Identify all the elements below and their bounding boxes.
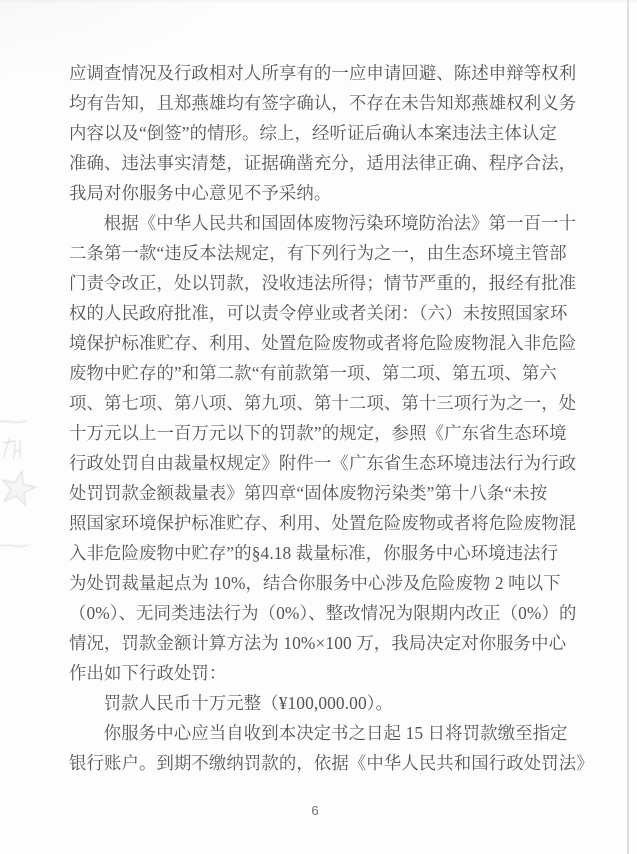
text-line: 十万元以上一百万元以下的罚款”的规定，参照《广东省生态环境 [69, 418, 577, 448]
text-line: 权的人民政府批准，可以责令停业或者关闭：（六）未按照国家环 [69, 298, 577, 328]
paragraph: 应调查情况及行政相对人所享有的一应申请回避、陈述申辩等权利均有告知，且郑燕雄均有… [69, 58, 577, 208]
text-line: 罚款人民币十万元整（¥100,000.00）。 [69, 688, 577, 718]
text-line: 二条第一款“违反本法规定，有下列行为之一，由生态环境主管部 [69, 238, 577, 268]
text-line: 为处罚裁量起点为 10%，结合你服务中心涉及危险废物 2 吨以下 [69, 568, 577, 598]
text-line: 内容以及“倒签”的情形。综上，经听证后确认本案违法主体认定 [69, 118, 577, 148]
document-body: 应调查情况及行政相对人所享有的一应申请回避、陈述申辩等权利均有告知，且郑燕雄均有… [69, 58, 577, 778]
text-line: 应调查情况及行政相对人所享有的一应申请回避、陈述申辩等权利 [69, 58, 577, 88]
text-line: 准确、违法事实清楚，证据确凿充分，适用法律正确、程序合法， [69, 148, 577, 178]
paragraph: 罚款人民币十万元整（¥100,000.00）。 [69, 688, 577, 718]
text-line: 境保护标准贮存、利用、处置危险废物或者将危险废物混入非危险 [69, 328, 577, 358]
paragraph: 根据《中华人民共和国固体废物污染环境防治法》第一百一十二条第一款“违反本法规定，… [69, 208, 577, 688]
text-line: 门责令改正，处以罚款，没收违法所得；情节严重的，报经有批准 [69, 268, 577, 298]
text-line: 作出如下行政处罚： [69, 658, 577, 688]
page-number: 6 [0, 803, 630, 818]
text-line: 入非危险废物中贮存”的§4.18 裁量标准，你服务中心环境违法行 [69, 538, 577, 568]
paragraph: 你服务中心应当自收到本决定书之日起 15 日将罚款缴至指定银行账户。到期不缴纳罚… [69, 718, 577, 778]
seal-character-fragment [3, 439, 20, 459]
scanned-document-page: 应调查情况及行政相对人所享有的一应申请回避、陈述申辩等权利均有告知，且郑燕雄均有… [0, 0, 637, 854]
text-line: 根据《中华人民共和国固体废物污染环境防治法》第一百一十 [69, 208, 577, 238]
text-line: 行政处罚自由裁量权规定》附件一《广东省生态环境违法行为行政 [69, 448, 577, 478]
text-line: 项、第七项、第八项、第九项、第十二项、第十三项行为之一，处 [69, 388, 577, 418]
scan-edge-line [627, 0, 629, 854]
seal-arc-fragment-top [0, 421, 26, 422]
text-line: 情况，罚款金额计算方法为 10%×100 万，我局决定对你服务中心 [69, 628, 577, 658]
text-line: 银行账户。到期不缴纳罚款的，依据《中华人民共和国行政处罚法》 [69, 748, 577, 778]
text-line: 我局对你服务中心意见不予采纳。 [69, 178, 577, 208]
text-line: 均有告知，且郑燕雄均有签字确认，不存在未告知郑燕雄权利义务 [69, 88, 577, 118]
text-line: 处罚罚款金额裁量表》第四章“固体废物污染类”第十八条“未按 [69, 478, 577, 508]
seal-star-icon [0, 468, 38, 507]
seal-arc-fragment-bottom [0, 545, 28, 546]
text-line: 照国家环境保护标准贮存、利用、处置危险废物或者将危险废物混 [69, 508, 577, 538]
text-line: 废物中贮存的”和第二款“有前款第一项、第二项、第五项、第六 [69, 358, 577, 388]
partial-seal-stamp-icon [0, 412, 42, 562]
text-line: （0%）、无同类违法行为（0%）、整改情况为限期内改正（0%）的 [69, 598, 577, 628]
text-line: 你服务中心应当自收到本决定书之日起 15 日将罚款缴至指定 [69, 718, 577, 748]
